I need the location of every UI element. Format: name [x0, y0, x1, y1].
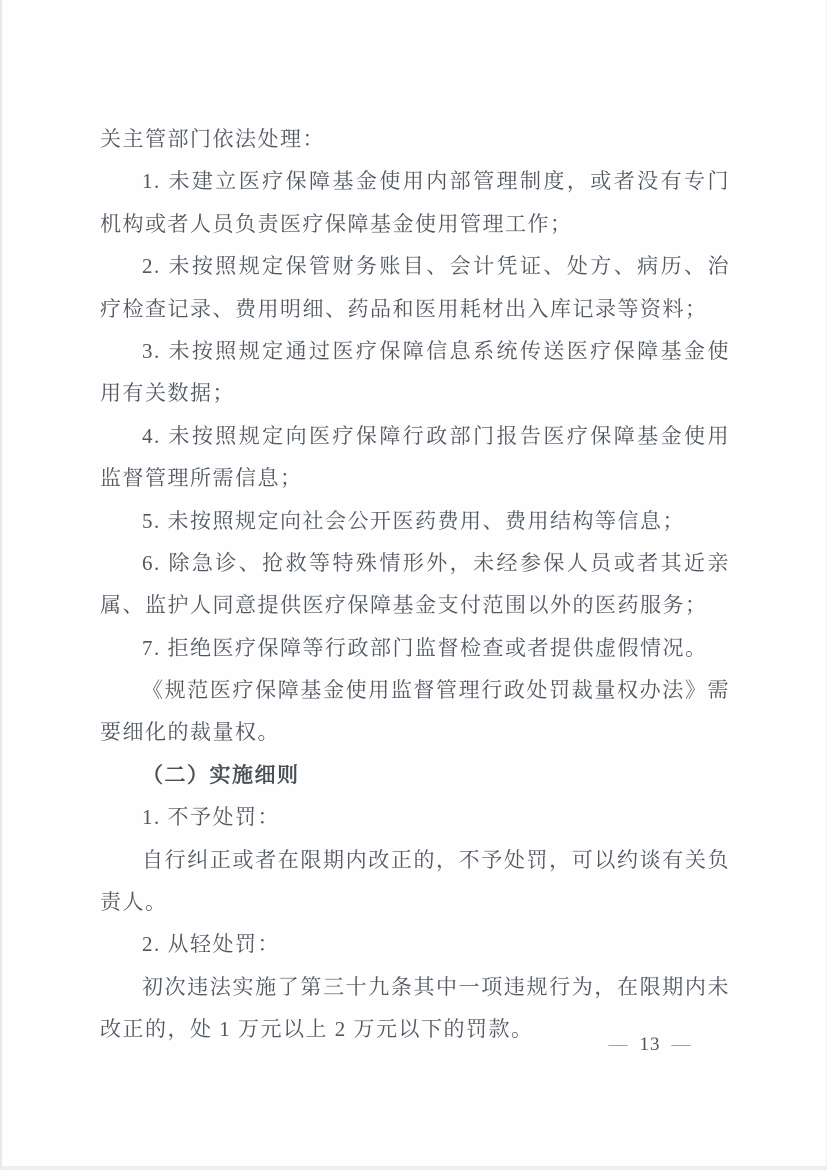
text-line: 要细化的裁量权。 — [100, 711, 730, 753]
text-line: 自行纠正或者在限期内改正的，不予处罚，可以约谈有关负 — [100, 839, 730, 881]
text-line: 7. 拒绝医疗保障等行政部门监督检查或者提供虚假情况。 — [100, 627, 730, 669]
text-line: 5. 未按照规定向社会公开医药费用、费用结构等信息； — [100, 500, 730, 542]
page-number-left-dash: — — [602, 1034, 636, 1055]
document-page: 关主管部门依法处理： 1. 未建立医疗保障基金使用内部管理制度，或者没有专门 机… — [0, 0, 827, 1170]
text-line: 2. 从轻处罚： — [100, 923, 730, 965]
text-line: 机构或者人员负责医疗保障基金使用管理工作； — [100, 203, 730, 245]
text-line: 2. 未按照规定保管财务账目、会计凭证、处方、病历、治 — [100, 245, 730, 287]
text-line: 4. 未按照规定向医疗保障行政部门报告医疗保障基金使用 — [100, 415, 730, 457]
text-line: 《规范医疗保障基金使用监督管理行政处罚裁量权办法》需 — [100, 669, 730, 711]
text-line: 1. 未建立医疗保障基金使用内部管理制度，或者没有专门 — [100, 160, 730, 202]
text-line: 责人。 — [100, 881, 730, 923]
text-line: 关主管部门依法处理： — [100, 118, 730, 160]
text-line: 疗检查记录、费用明细、药品和医用耗材出入库记录等资料； — [100, 288, 730, 330]
text-line: 属、监护人同意提供医疗保障基金支付范围以外的医药服务； — [100, 584, 730, 626]
page-number-value: 13 — [636, 1034, 665, 1055]
page-number-right-dash: — — [665, 1034, 699, 1055]
text-line: 3. 未按照规定通过医疗保障信息系统传送医疗保障基金使 — [100, 330, 730, 372]
text-line: 用有关数据； — [100, 372, 730, 414]
section-heading: （二）实施细则 — [100, 754, 730, 796]
text-line: 1. 不予处罚： — [100, 796, 730, 838]
text-line: 初次违法实施了第三十九条其中一项违规行为，在限期内未 — [100, 966, 730, 1008]
body-text: 关主管部门依法处理： 1. 未建立医疗保障基金使用内部管理制度，或者没有专门 机… — [100, 118, 730, 1051]
text-line: 6. 除急诊、抢救等特殊情形外，未经参保人员或者其近亲 — [100, 542, 730, 584]
page-number: —13— — [598, 1034, 702, 1056]
text-line: 监督管理所需信息； — [100, 457, 730, 499]
